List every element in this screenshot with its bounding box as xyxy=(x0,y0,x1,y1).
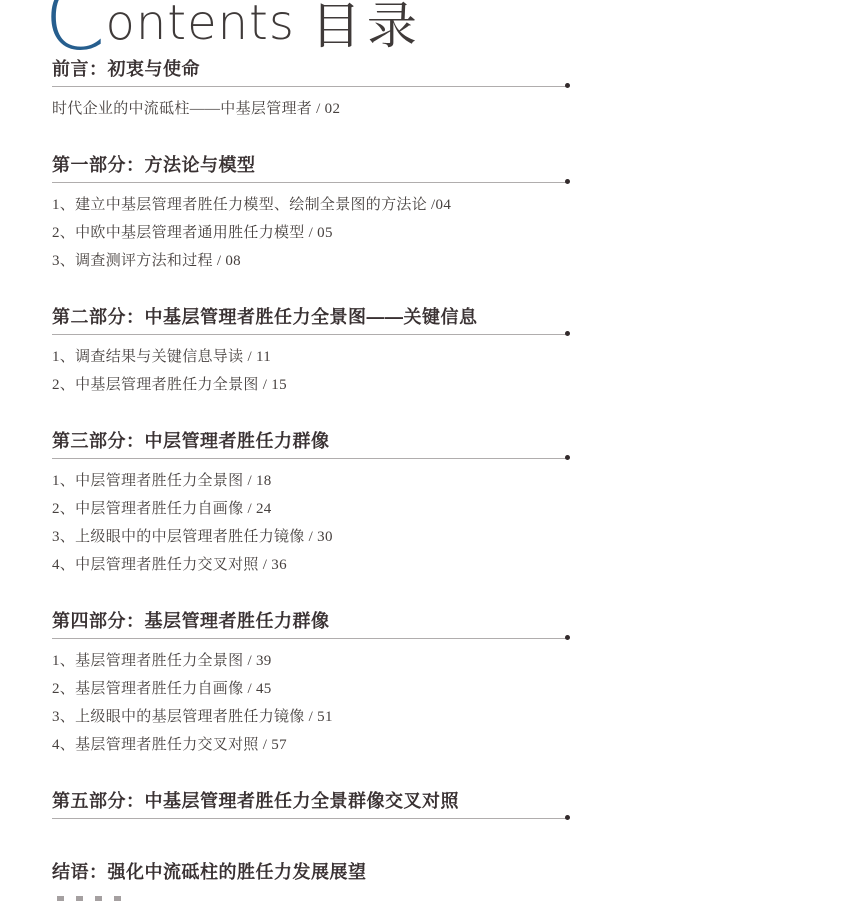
page-title: C ontents 目录 xyxy=(44,0,857,56)
toc-section: 第五部分：中基层管理者胜任力全景群像交叉对照 xyxy=(52,792,568,821)
toc-section: 第二部分：中基层管理者胜任力全景图——关键信息 1、调查结果与关键信息导读 / … xyxy=(52,308,568,399)
toc-section: 结语：强化中流砥柱的胜任力发展展望 xyxy=(52,863,568,881)
rule-end-dot xyxy=(565,455,570,460)
section-heading: 第五部分：中基层管理者胜任力全景群像交叉对照 xyxy=(52,792,568,810)
toc-item: 3、上级眼中的基层管理者胜任力镜像 / 51 xyxy=(52,703,568,731)
toc-section: 第三部分：中层管理者胜任力群像 1、中层管理者胜任力全景图 / 18 2、中层管… xyxy=(52,432,568,579)
toc-section: 前言：初衷与使命 时代企业的中流砥柱——中基层管理者 / 02 xyxy=(52,60,568,123)
section-items: 时代企业的中流砥柱——中基层管理者 / 02 xyxy=(52,95,568,123)
section-rule xyxy=(52,818,566,821)
truncated-next-heading xyxy=(57,896,127,901)
toc-item: 2、基层管理者胜任力自画像 / 45 xyxy=(52,675,568,703)
toc-item: 1、基层管理者胜任力全景图 / 39 xyxy=(52,647,568,675)
toc-sections: 前言：初衷与使命 时代企业的中流砥柱——中基层管理者 / 02 第一部分：方法论… xyxy=(52,60,568,881)
toc-item: 时代企业的中流砥柱——中基层管理者 / 02 xyxy=(52,95,568,123)
section-heading: 第四部分：基层管理者胜任力群像 xyxy=(52,612,568,630)
section-rule xyxy=(52,638,566,641)
rule-end-dot xyxy=(565,83,570,88)
title-chinese: 目录 xyxy=(311,0,423,58)
toc-item: 1、调查结果与关键信息导读 / 11 xyxy=(52,343,568,371)
section-items: 1、调查结果与关键信息导读 / 11 2、中基层管理者胜任力全景图 / 15 xyxy=(52,343,568,399)
title-initial-c: C xyxy=(44,0,105,63)
section-rule xyxy=(52,182,566,185)
toc-item: 1、建立中基层管理者胜任力模型、绘制全景图的方法论 /04 xyxy=(52,191,568,219)
toc-section: 第四部分：基层管理者胜任力群像 1、基层管理者胜任力全景图 / 39 2、基层管… xyxy=(52,612,568,759)
toc-page: C ontents 目录 前言：初衷与使命 时代企业的中流砥柱——中基层管理者 … xyxy=(0,0,857,904)
section-heading: 结语：强化中流砥柱的胜任力发展展望 xyxy=(52,863,568,881)
toc-item: 2、中基层管理者胜任力全景图 / 15 xyxy=(52,371,568,399)
section-items: 1、建立中基层管理者胜任力模型、绘制全景图的方法论 /04 2、中欧中基层管理者… xyxy=(52,191,568,275)
toc-section: 第一部分：方法论与模型 1、建立中基层管理者胜任力模型、绘制全景图的方法论 /0… xyxy=(52,156,568,275)
section-rule xyxy=(52,334,566,337)
toc-item: 3、上级眼中的中层管理者胜任力镜像 / 30 xyxy=(52,523,568,551)
rule-end-dot xyxy=(565,635,570,640)
section-heading: 第三部分：中层管理者胜任力群像 xyxy=(52,432,568,450)
title-latin: ontents xyxy=(105,0,294,51)
toc-item: 2、中欧中基层管理者通用胜任力模型 / 05 xyxy=(52,219,568,247)
toc-item: 3、调查测评方法和过程 / 08 xyxy=(52,247,568,275)
rule-end-dot xyxy=(565,179,570,184)
section-heading: 第二部分：中基层管理者胜任力全景图——关键信息 xyxy=(52,308,568,326)
section-rule xyxy=(52,458,566,461)
section-items: 1、基层管理者胜任力全景图 / 39 2、基层管理者胜任力自画像 / 45 3、… xyxy=(52,647,568,759)
section-items: 1、中层管理者胜任力全景图 / 18 2、中层管理者胜任力自画像 / 24 3、… xyxy=(52,467,568,579)
section-heading: 第一部分：方法论与模型 xyxy=(52,156,568,174)
rule-end-dot xyxy=(565,815,570,820)
toc-item: 2、中层管理者胜任力自画像 / 24 xyxy=(52,495,568,523)
rule-end-dot xyxy=(565,331,570,336)
section-rule xyxy=(52,86,566,89)
toc-item: 4、基层管理者胜任力交叉对照 / 57 xyxy=(52,731,568,759)
toc-item: 1、中层管理者胜任力全景图 / 18 xyxy=(52,467,568,495)
section-heading: 前言：初衷与使命 xyxy=(52,60,568,78)
toc-item: 4、中层管理者胜任力交叉对照 / 36 xyxy=(52,551,568,579)
